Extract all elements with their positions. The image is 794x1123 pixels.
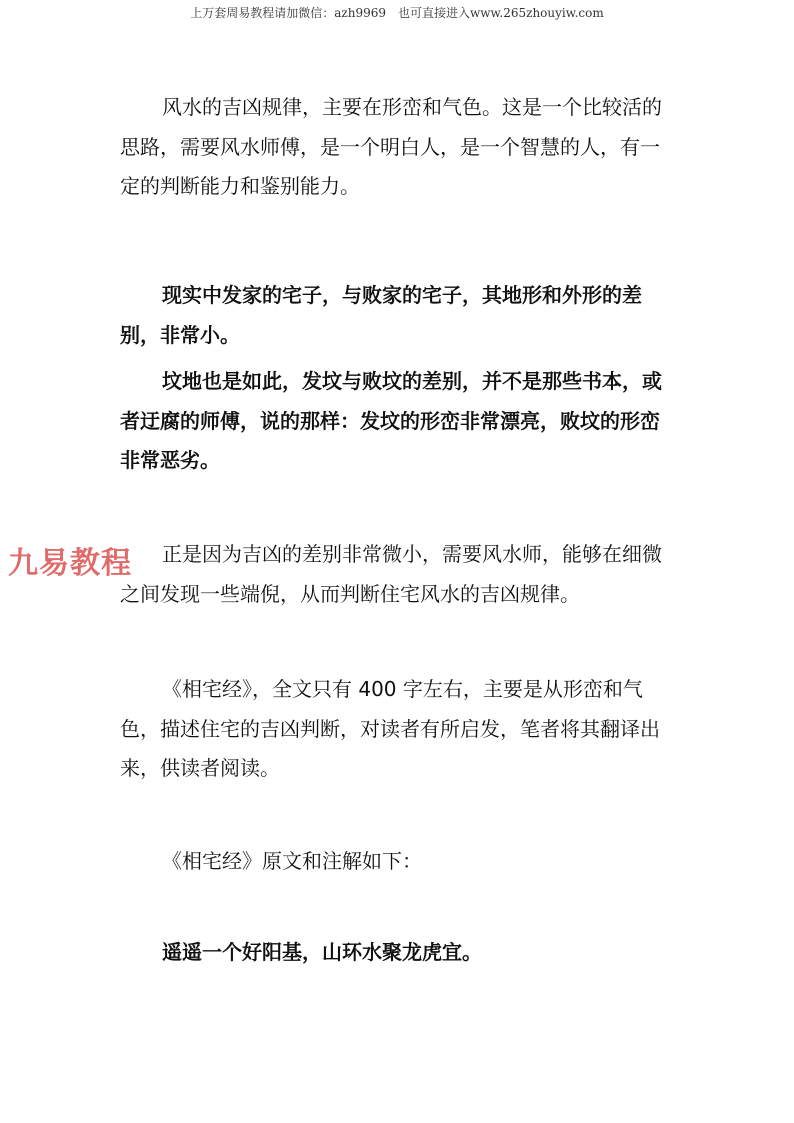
page-header-ad: 上万套周易教程请加微信：azh9969 也可直接进入www.265zhouyiw… [0, 4, 794, 21]
paragraph-grave-difference: 坟地也是如此，发坟与败坟的差别，并不是那些书本，或者迂腐的师傅，说的那样：发坟的… [120, 362, 676, 481]
paragraph-verse: 遥遥一个好阳基，山环水聚龙虎宜。 [120, 933, 676, 973]
paragraph-original-text-heading: 《相宅经》原文和注解如下： [120, 842, 676, 882]
paragraph-subtle-difference: 正是因为吉凶的差别非常微小，需要风水师，能够在细微之间发现一些端倪，从而判断住宅… [120, 535, 676, 614]
watermark-logo: 九易教程 [8, 538, 132, 582]
paragraph-fengshui-rules: 风水的吉凶规律，主要在形峦和气色。这是一个比较活的思路，需要风水师傅，是一个明白… [120, 88, 676, 207]
paragraph-xiangzhaijing-intro: 《相宅经》，全文只有 400 字左右，主要是从形峦和气色，描述住宅的吉凶判断，对… [120, 670, 676, 789]
paragraph-house-difference: 现实中发家的宅子，与败家的宅子，其地形和外形的差别，非常小。 [120, 276, 676, 355]
